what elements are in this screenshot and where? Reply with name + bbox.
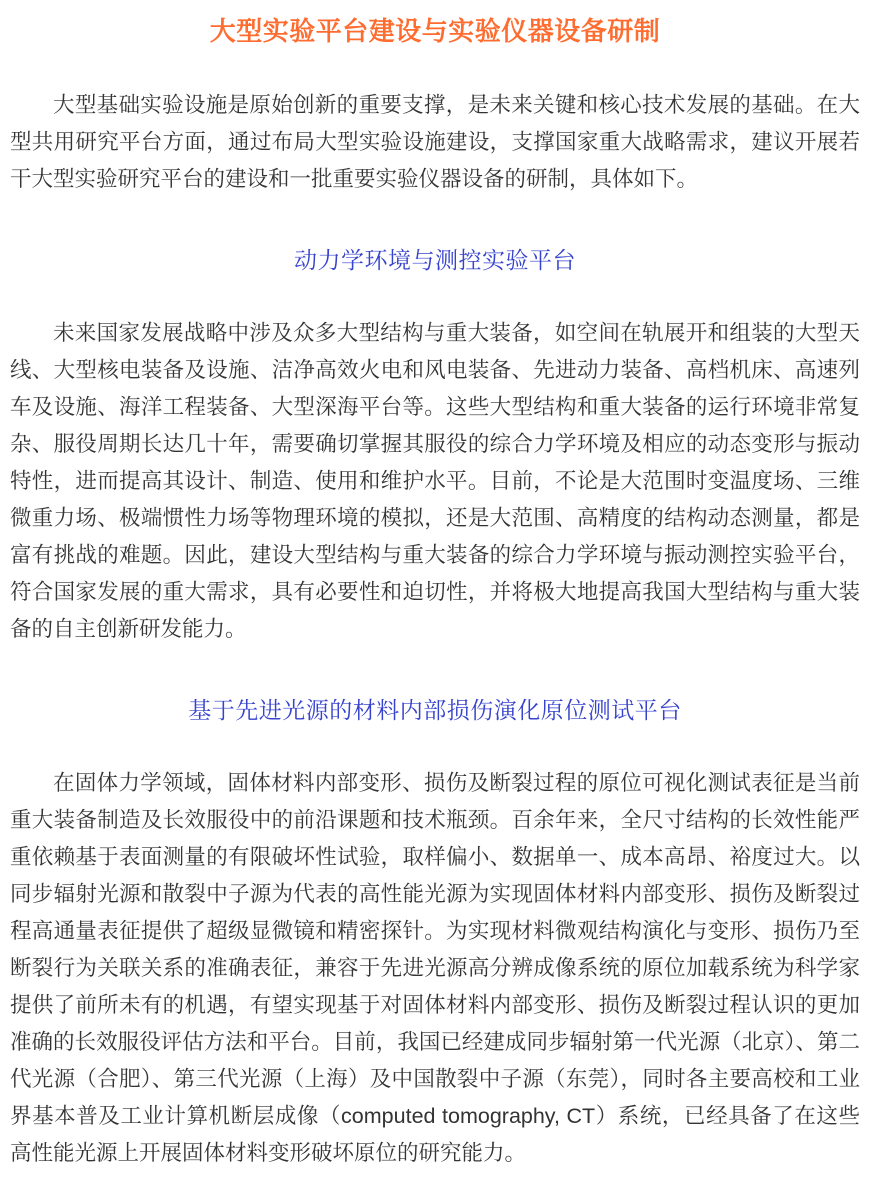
document-title: 大型实验平台建设与实验仪器设备研制	[10, 14, 860, 48]
paragraph-dynamics-platform: 未来国家发展战略中涉及众多大型结构与重大装备，如空间在轨展开和组装的大型天线、大…	[10, 315, 860, 648]
document-page: 大型实验平台建设与实验仪器设备研制 大型基础实验设施是原始创新的重要支撑，是未来…	[0, 0, 870, 1194]
paragraph-intro: 大型基础实验设施是原始创新的重要支撑，是未来关键和核心技术发展的基础。在大型共用…	[10, 87, 860, 198]
section-heading-dynamics-platform: 动力学环境与测控实验平台	[10, 244, 860, 276]
section-heading-light-source-platform: 基于先进光源的材料内部损伤演化原位测试平台	[10, 694, 860, 726]
paragraph-light-source-platform: 在固体力学领域，固体材料内部变形、损伤及断裂过程的原位可视化测试表征是当前重大装…	[10, 765, 860, 1172]
